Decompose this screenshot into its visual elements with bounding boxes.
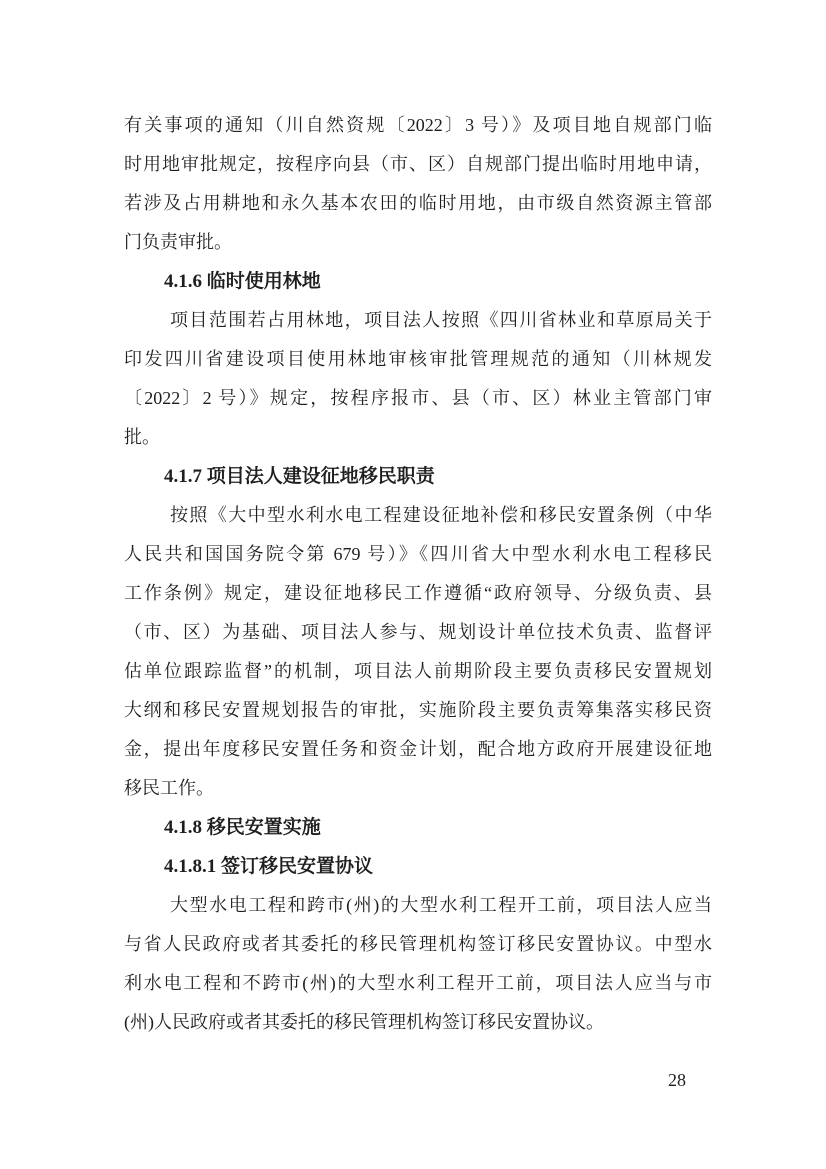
text-line: 印发四川省建设项目使用林地审核审批管理规范的通知（川林规发	[124, 340, 712, 379]
document-page: 有关事项的通知（川自然资规〔2022〕3 号）》及项目地自规部门临 时用地审批规…	[0, 0, 826, 1169]
section-heading-4-1-8-1: 4.1.8.1 签订移民安置协议	[124, 847, 712, 886]
text-line: 金，提出年度移民安置任务和资金计划，配合地方政府开展建设征地	[124, 730, 712, 769]
text-line: 项目范围若占用林地，项目法人按照《四川省林业和草原局关于	[124, 301, 712, 340]
text-line: 时用地审批规定，按程序向县（市、区）自规部门提出临时用地申请，	[124, 145, 712, 184]
text-line: 移民工作。	[124, 769, 712, 808]
text-line: 工作条例》规定，建设征地移民工作遵循“政府领导、分级负责、县	[124, 574, 712, 613]
text-line: 与省人民政府或者其委托的移民管理机构签订移民安置协议。中型水	[124, 925, 712, 964]
text-line: 大型水电工程和跨市(州)的大型水利工程开工前，项目法人应当	[124, 886, 712, 925]
text-line: 批。	[124, 418, 712, 457]
text-line: 〔2022〕2 号）》规定，按程序报市、县（市、区）林业主管部门审	[124, 379, 712, 418]
page-number: 28	[668, 1071, 686, 1089]
section-heading-4-1-7: 4.1.7 项目法人建设征地移民职责	[124, 457, 712, 496]
text-line: （市、区）为基础、项目法人参与、规划设计单位技术负责、监督评	[124, 613, 712, 652]
section-heading-4-1-8: 4.1.8 移民安置实施	[124, 808, 712, 847]
text-line: 利水电工程和不跨市(州)的大型水利工程开工前，项目法人应当与市	[124, 964, 712, 1003]
text-line: 有关事项的通知（川自然资规〔2022〕3 号）》及项目地自规部门临	[124, 106, 712, 145]
text-line: 若涉及占用耕地和永久基本农田的临时用地，由市级自然资源主管部	[124, 184, 712, 223]
text-line: 门负责审批。	[124, 223, 712, 262]
text-line: 按照《大中型水利水电工程建设征地补偿和移民安置条例（中华	[124, 496, 712, 535]
text-line: (州)人民政府或者其委托的移民管理机构签订移民安置协议。	[124, 1003, 712, 1042]
document-body: 有关事项的通知（川自然资规〔2022〕3 号）》及项目地自规部门临 时用地审批规…	[124, 106, 712, 1042]
section-heading-4-1-6: 4.1.6 临时使用林地	[124, 262, 712, 301]
text-line: 估单位跟踪监督”的机制，项目法人前期阶段主要负责移民安置规划	[124, 652, 712, 691]
text-line: 人民共和国国务院令第 679 号）》《四川省大中型水利水电工程移民	[124, 535, 712, 574]
text-line: 大纲和移民安置规划报告的审批，实施阶段主要负责筹集落实移民资	[124, 691, 712, 730]
